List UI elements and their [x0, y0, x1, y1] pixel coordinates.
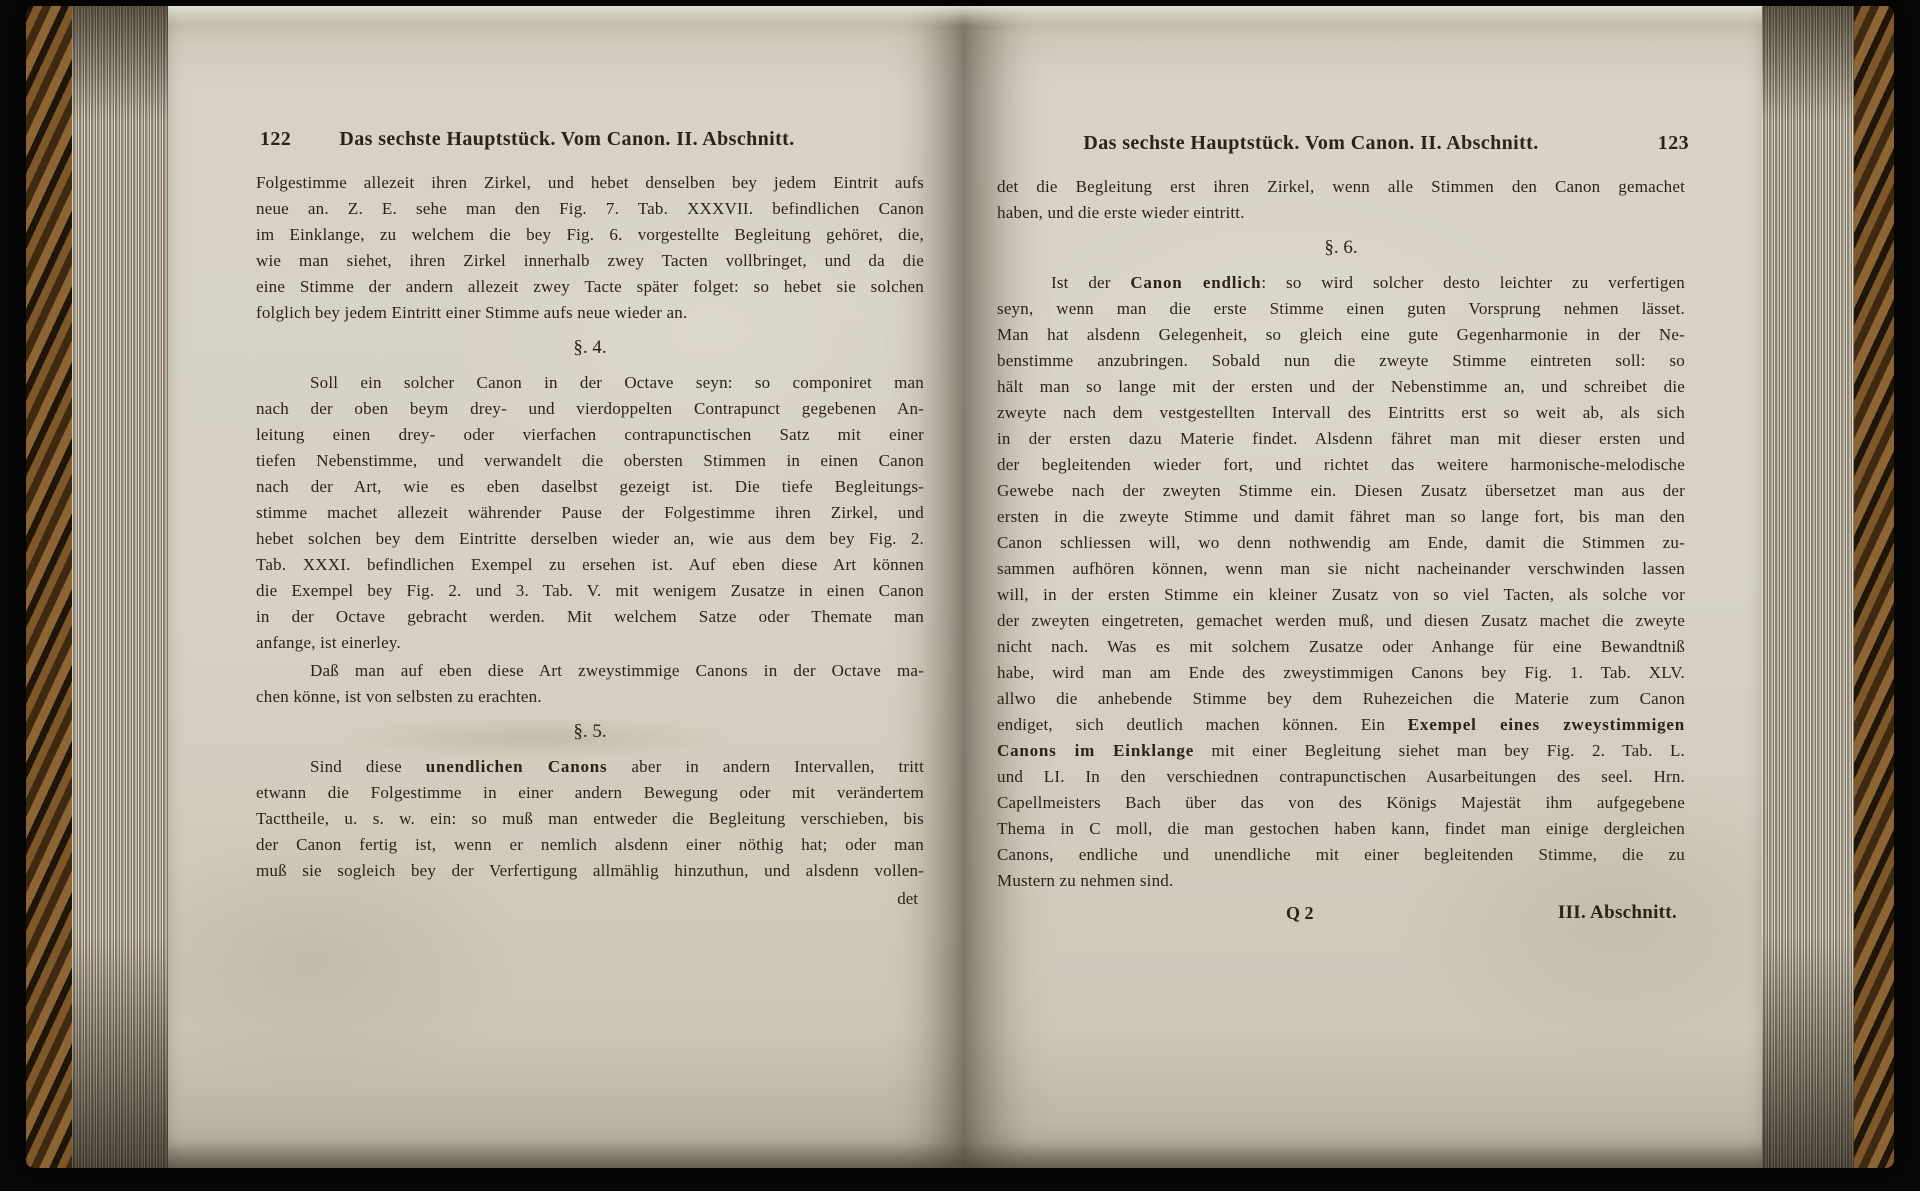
text-line: die Exempel bey Fig. 2. und 3. Tab. V. m… — [256, 578, 924, 604]
text-line: Folgestimme allezeit ihren Zirkel, und h… — [256, 170, 924, 196]
text-line: Mustern zu nehmen sind. — [997, 868, 1685, 894]
text-line: Tab. XXXI. befindlichen Exempel zu erseh… — [256, 552, 924, 578]
text-line: eine Stimme der andern allezeit zwey Tac… — [256, 274, 924, 300]
paragraph: det die Begleitung erst ihren Zirkel, we… — [997, 174, 1685, 226]
text-line: zweyte nach dem vestgestellten Intervall… — [997, 400, 1685, 426]
text-line: Sind diese unendlichen Canons aber in an… — [256, 754, 924, 780]
text-line: endiget, sich deutlich machen können. Ei… — [997, 712, 1685, 738]
text-line: Tacttheile, u. s. w. ein: so muß man ent… — [256, 806, 924, 832]
text-line: Daß man auf eben diese Art zweystimmige … — [256, 658, 924, 684]
text-line: det die Begleitung erst ihren Zirkel, we… — [997, 174, 1685, 200]
text-line: im Einklange, zu welchem die bey Fig. 6.… — [256, 222, 924, 248]
text-line: Thema in C moll, die man gestochen haben… — [997, 816, 1685, 842]
text-line: in der ersten dazu Materie findet. Alsde… — [997, 426, 1685, 452]
right-header-text: Das sechste Hauptstück. Vom Canon. II. A… — [1083, 132, 1538, 154]
text-line: Capellmeisters Bach über das von des Kön… — [997, 790, 1685, 816]
right-text-column: det die Begleitung erst ihren Zirkel, we… — [997, 174, 1685, 928]
right-page: Das sechste Hauptstück. Vom Canon. II. A… — [965, 6, 1762, 1168]
text-line: Man hat alsdenn Gelegenheit, so gleich e… — [997, 322, 1685, 348]
text-line: leitung einen drey- oder vierfachen cont… — [256, 422, 924, 448]
section-heading: §. 4. — [256, 335, 924, 361]
section-heading: §. 5. — [256, 719, 924, 745]
left-text-column: Folgestimme allezeit ihren Zirkel, und h… — [256, 170, 924, 912]
text-line: Canon schliessen will, wo denn nothwendi… — [997, 530, 1685, 556]
text-line: hebet solchen bey dem Eintritte derselbe… — [256, 526, 924, 552]
text-line: chen könne, ist von selbsten zu erachten… — [256, 684, 924, 710]
paragraph: Soll ein solcher Canon in der Octave sey… — [256, 370, 924, 656]
left-page-number: 122 — [260, 128, 291, 151]
text-line: Soll ein solcher Canon in der Octave sey… — [256, 370, 924, 396]
section-heading: §. 6. — [997, 235, 1685, 261]
right-page-footer-row: Q 2III. Abschnitt. — [997, 900, 1685, 928]
text-line: folglich bey jedem Eintritt einer Stimme… — [256, 300, 924, 326]
text-line: und LI. In den verschiednen contrapuncti… — [997, 764, 1685, 790]
text-line: wie man siehet, ihren Zirkel innerhalb z… — [256, 248, 924, 274]
text-line: seyn, wenn man die erste Stimme einen gu… — [997, 296, 1685, 322]
gathering-signature: Q 2 — [1286, 900, 1314, 926]
text-line: der zweyten eingetreten, gemachet werden… — [997, 608, 1685, 634]
text-line: hält man so lange mit der ersten und der… — [997, 374, 1685, 400]
left-catchword: det — [256, 886, 924, 912]
text-line: benstimme anzubringen. Sobald nun die zw… — [997, 348, 1685, 374]
text-line: neue an. Z. E. sehe man den Fig. 7. Tab.… — [256, 196, 924, 222]
right-catchword: III. Abschnitt. — [1558, 900, 1677, 926]
paragraph: Daß man auf eben diese Art zweystimmige … — [256, 658, 924, 710]
left-page: 122 Das sechste Hauptstück. Vom Canon. I… — [168, 6, 965, 1168]
text-line: Canons, endliche und unendliche mit eine… — [997, 842, 1685, 868]
text-line: stimme machet allezeit währender Pause d… — [256, 500, 924, 526]
paragraph: Ist der Canon endlich: so wird solcher d… — [997, 270, 1685, 894]
paragraph: Sind diese unendlichen Canons aber in an… — [256, 754, 924, 884]
open-book: 122 Das sechste Hauptstück. Vom Canon. I… — [26, 6, 1894, 1168]
text-line: der Canon fertig ist, wenn er nemlich al… — [256, 832, 924, 858]
right-page-edges — [1762, 6, 1854, 1168]
text-line: allwo die anhebende Stimme bey dem Ruhez… — [997, 686, 1685, 712]
text-line: tiefen Nebenstimme, und verwandelt die o… — [256, 448, 924, 474]
left-running-header: 122 Das sechste Hauptstück. Vom Canon. I… — [256, 128, 924, 151]
right-cover-board — [1854, 6, 1894, 1168]
text-line: der begleitenden wieder fort, und richte… — [997, 452, 1685, 478]
text-line: ersten in die zweyte Stimme und damit fä… — [997, 504, 1685, 530]
text-line: Canons im Einklange mit einer Begleitung… — [997, 738, 1685, 764]
text-line: nach der oben beym drey- und vierdoppelt… — [256, 396, 924, 422]
left-page-edges — [72, 6, 168, 1168]
text-line: nach der Art, wie es eben daselbst gezei… — [256, 474, 924, 500]
text-line: Ist der Canon endlich: so wird solcher d… — [997, 270, 1685, 296]
text-line: nicht nach. Was es mit solchem Zusatze o… — [997, 634, 1685, 660]
text-line: sammen aufhören können, wenn man sie nic… — [997, 556, 1685, 582]
text-line: Gewebe nach der zweyten Stimme ein. Dies… — [997, 478, 1685, 504]
text-line: haben, und die erste wieder eintritt. — [997, 200, 1685, 226]
text-line: anfange, ist einerley. — [256, 630, 924, 656]
left-header-text: Das sechste Hauptstück. Vom Canon. II. A… — [339, 128, 794, 150]
text-line: muß sie sogleich bey der Verfertigung al… — [256, 858, 924, 884]
text-line: etwann die Folgestimme in einer andern B… — [256, 780, 924, 806]
right-page-number: 123 — [1658, 132, 1689, 155]
photo-background: 122 Das sechste Hauptstück. Vom Canon. I… — [0, 0, 1920, 1191]
text-line: in der Octave gebracht werden. Mit welch… — [256, 604, 924, 630]
text-line: habe, wird man am Ende des zweystimmigen… — [997, 660, 1685, 686]
paragraph: Folgestimme allezeit ihren Zirkel, und h… — [256, 170, 924, 326]
right-running-header: Das sechste Hauptstück. Vom Canon. II. A… — [997, 132, 1685, 155]
left-cover-board — [26, 6, 72, 1168]
text-line: will, in der ersten Stimme ein kleiner Z… — [997, 582, 1685, 608]
